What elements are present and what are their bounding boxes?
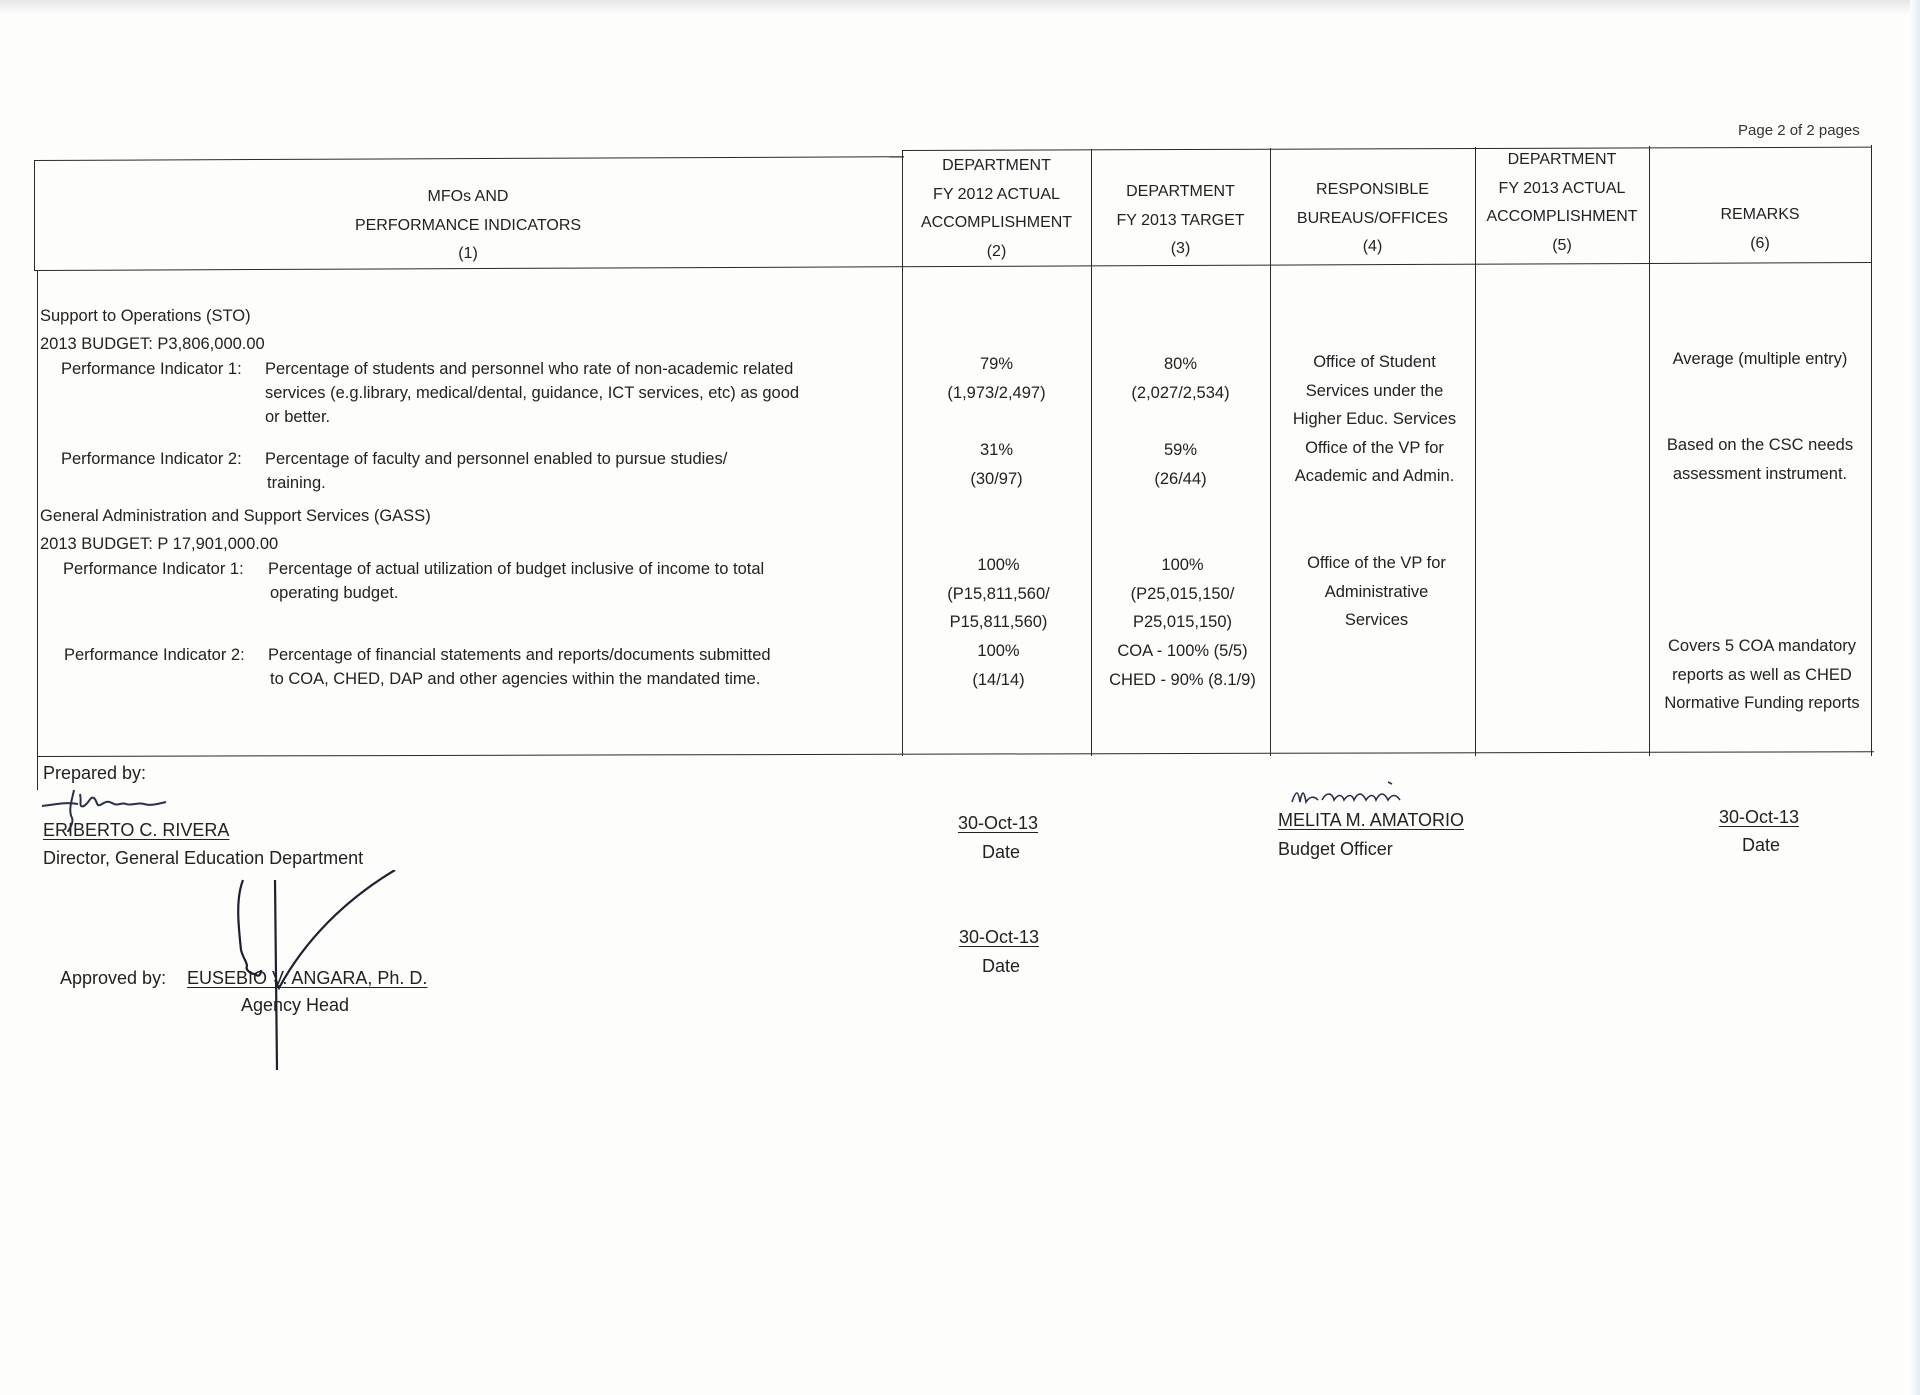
sto-pi2-remarks: Based on the CSC needs assessment instru… bbox=[1649, 431, 1871, 488]
budget-officer-date-label: Date bbox=[1742, 835, 1780, 856]
gass-responsible: Office of the VP for Administrative Serv… bbox=[1274, 549, 1479, 635]
gass-title: General Administration and Support Servi… bbox=[40, 502, 431, 531]
gass-pi2-fy2012: 100% (14/14) bbox=[904, 637, 1093, 694]
preparer-date: 30-Oct-13 bbox=[958, 813, 1038, 834]
table-top-border-right bbox=[902, 147, 1872, 151]
sto-pi1-remarks: Average (multiple entry) bbox=[1649, 345, 1871, 374]
gass-pi1-text: Percentage of actual utilization of budg… bbox=[268, 557, 764, 605]
sto-pi2-text: Percentage of faculty and personnel enab… bbox=[265, 447, 727, 495]
header-fy2012-actual: DEPARTMENTFY 2012 ACTUALACCOMPLISHMENT(2… bbox=[902, 152, 1091, 266]
preparer-title: Director, General Education Department bbox=[43, 848, 363, 869]
gass-pi2-fy2013-target: COA - 100% (5/5) CHED - 90% (8.1/9) bbox=[1093, 637, 1272, 694]
sto-pi1-text: Percentage of students and personnel who… bbox=[265, 357, 799, 429]
sto-pi1-label: Performance Indicator 1: bbox=[61, 357, 242, 381]
gass-pi2-text: Percentage of financial statements and r… bbox=[268, 643, 771, 691]
prepared-by-label: Prepared by: bbox=[43, 763, 146, 784]
sto-pi2-fy2013-target: 59% (26/44) bbox=[1091, 436, 1270, 493]
budget-officer-signature-icon bbox=[1288, 776, 1418, 812]
table-bottom-border bbox=[38, 751, 1874, 757]
approved-by-label: Approved by: bbox=[60, 968, 166, 989]
table-top-border bbox=[34, 156, 904, 161]
header-fy2013-actual: DEPARTMENTFY 2013 ACTUALACCOMPLISHMENT(5… bbox=[1475, 146, 1649, 260]
approver-name: EUSEBIO V. ANGARA, Ph. D. bbox=[187, 968, 427, 989]
gass-budget: 2013 BUDGET: P 17,901,000.00 bbox=[40, 530, 278, 559]
gass-pi1-fy2013-target: 100% (P25,015,150/ P25,015,150) bbox=[1093, 551, 1272, 637]
header-responsible: RESPONSIBLEBUREAUS/OFFICES(4) bbox=[1270, 176, 1475, 262]
approver-date: 30-Oct-13 bbox=[959, 927, 1039, 948]
gass-pi1-label: Performance Indicator 1: bbox=[63, 557, 244, 581]
page-indicator: Page 2 of 2 pages bbox=[1738, 122, 1860, 139]
header-remarks: REMARKS(6) bbox=[1649, 201, 1871, 258]
budget-officer-title: Budget Officer bbox=[1278, 839, 1393, 860]
gass-pi2-remarks: Covers 5 COA mandatory reports as well a… bbox=[1651, 632, 1873, 718]
approver-date-label: Date bbox=[982, 956, 1020, 977]
scan-right-edge bbox=[1910, 0, 1920, 1395]
scan-top-edge bbox=[0, 0, 1920, 14]
header-fy2013-target: DEPARTMENTFY 2013 TARGET(3) bbox=[1091, 178, 1270, 264]
budget-officer-date: 30-Oct-13 bbox=[1719, 807, 1799, 828]
sto-budget: 2013 BUDGET: P3,806,000.00 bbox=[40, 330, 265, 359]
sto-pi1-fy2013-target: 80% (2,027/2,534) bbox=[1091, 350, 1270, 407]
preparer-date-label: Date bbox=[982, 842, 1020, 863]
sto-pi1-fy2012: 79% (1,973/2,497) bbox=[902, 350, 1091, 407]
sto-pi2-label: Performance Indicator 2: bbox=[61, 447, 242, 471]
preparer-name: ERIBERTO C. RIVERA bbox=[43, 820, 229, 841]
sto-pi2-fy2012: 31% (30/97) bbox=[902, 436, 1091, 493]
sto-title: Support to Operations (STO) bbox=[40, 302, 251, 331]
header-mfos: MFOs ANDPERFORMANCE INDICATORS(1) bbox=[34, 183, 902, 269]
gass-pi2-label: Performance Indicator 2: bbox=[64, 643, 245, 667]
budget-officer-name: MELITA M. AMATORIO bbox=[1278, 810, 1464, 831]
approver-title: Agency Head bbox=[241, 995, 349, 1016]
sto-responsible: Office of Student Services under the Hig… bbox=[1272, 348, 1477, 491]
col-border bbox=[37, 270, 38, 790]
gass-pi1-fy2012: 100% (P15,811,560/ P15,811,560) bbox=[904, 551, 1093, 637]
